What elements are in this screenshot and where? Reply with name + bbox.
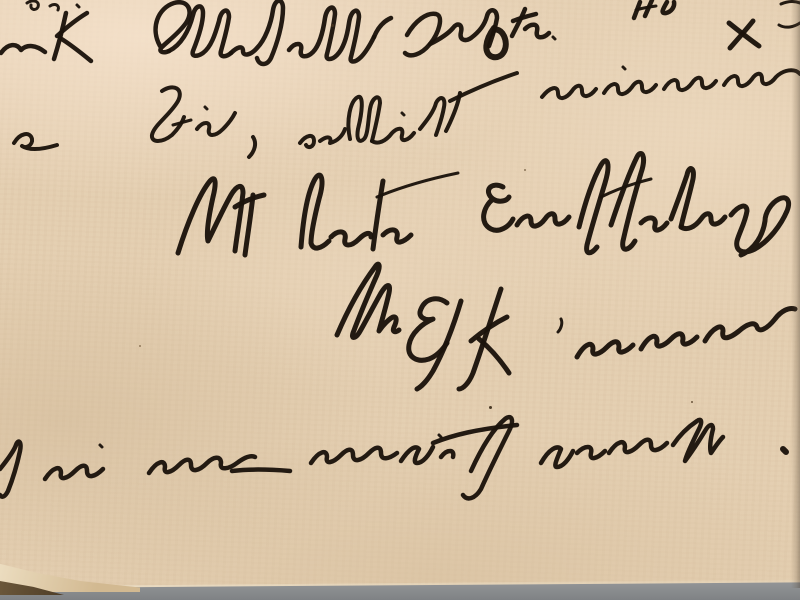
insertion-x-mark bbox=[729, 21, 759, 48]
ink-speck bbox=[489, 406, 492, 409]
paper-speck bbox=[524, 169, 526, 171]
right-paper-edge-shadow bbox=[791, 0, 800, 588]
handwriting-layer bbox=[0, 0, 800, 600]
handwriting-line-4-signature bbox=[337, 264, 795, 389]
handwriting-line-1 bbox=[1, 0, 800, 64]
handwriting-line-5 bbox=[0, 417, 786, 498]
paper-speck bbox=[691, 401, 693, 403]
handwriting-line-2 bbox=[14, 67, 800, 157]
letter-scan: …n K Elberfeld fragte. H… × an Sie, viel… bbox=[0, 0, 800, 600]
ink-speck bbox=[331, 24, 334, 27]
paper-speck bbox=[139, 345, 141, 347]
handwriting-line-3 bbox=[178, 154, 789, 255]
